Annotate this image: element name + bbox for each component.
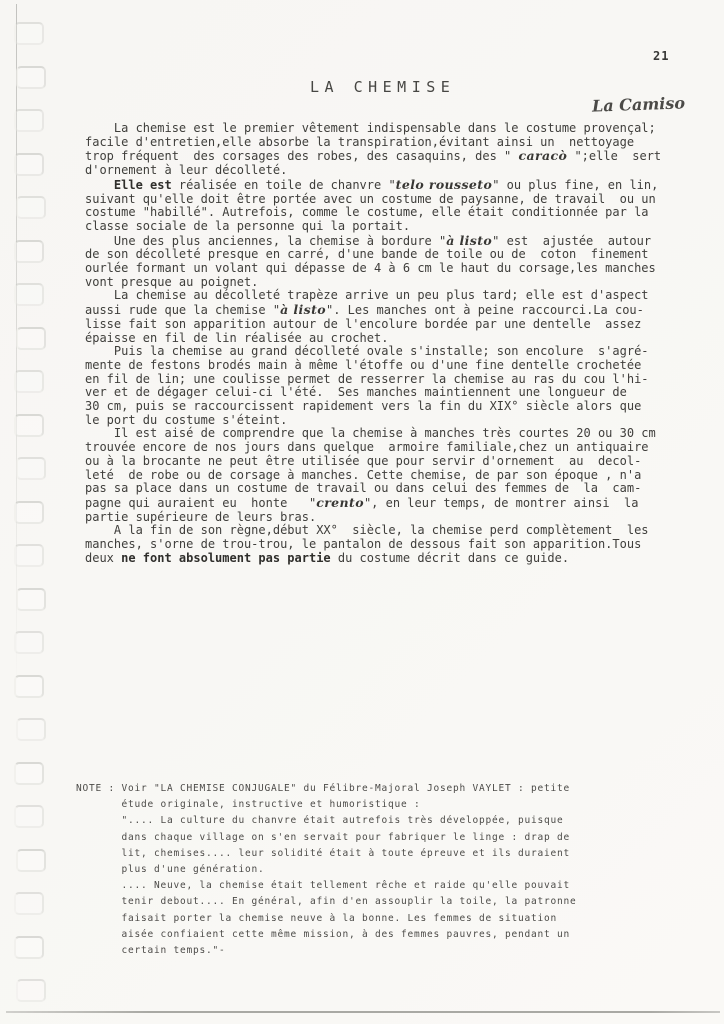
binding-hole <box>16 588 46 611</box>
text-line: ou à la brocante ne peut être utilisée q… <box>85 455 675 469</box>
text-line: suivant qu'elle doit être portée avec un… <box>85 193 675 207</box>
paragraph: La chemise est le premier vêtement indis… <box>85 122 675 178</box>
text-line: de son décolleté presque en carré, d'une… <box>85 248 675 262</box>
text-line: le port du costume s'éteint. <box>85 414 675 428</box>
text-line: trouvée encore de nos jours dans quelque… <box>85 441 675 455</box>
text-line: épaisse en fil de lin réalisée au croche… <box>85 332 675 346</box>
handwritten-subtitle: La Camiso <box>592 93 686 115</box>
paragraph: La chemise au décolleté trapèze arrive u… <box>85 289 675 345</box>
binding-hole <box>14 501 44 524</box>
text-line: aussi rude que la chemise "à listo". Les… <box>85 303 675 318</box>
paragraph: Elle est réalisée en toile de chanvre "t… <box>85 178 675 234</box>
text-line: ".... La culture du chanvre était autref… <box>76 813 676 829</box>
binding-hole <box>14 414 44 437</box>
binding-hole <box>14 805 44 828</box>
binding-hole <box>14 631 44 654</box>
paragraph: Une des plus anciennes, la chemise à bor… <box>85 234 675 290</box>
binding-hole <box>14 109 44 132</box>
text-line: NOTE : Voir "LA CHEMISE CONJUGALE" du Fé… <box>76 781 676 797</box>
binding-hole <box>14 675 44 698</box>
scanned-page: 21 LA CHEMISE La Camiso La chemise est l… <box>0 0 724 1024</box>
text-line: lisse fait son apparition autour de l'en… <box>85 318 675 332</box>
binding-hole <box>14 22 44 45</box>
text-line: étude originale, instructive et humorist… <box>76 797 676 813</box>
text-line: trop fréquent des corsages des robes, de… <box>85 149 675 164</box>
body-text: La chemise est le premier vêtement indis… <box>85 122 675 566</box>
binding-hole <box>16 327 46 350</box>
text-line: costume "habillé". Autrefois, comme le c… <box>85 206 675 220</box>
text-line: deux ne font absolument pas partie du co… <box>85 552 675 566</box>
text-line: .... Neuve, la chemise était tellement r… <box>76 878 676 894</box>
text-line: 30 cm, puis se raccourcissent rapidement… <box>85 400 675 414</box>
text-line: A la fin de son règne,début XX° siècle, … <box>85 524 675 538</box>
text-line: vont presque au poignet. <box>85 276 675 290</box>
text-line: certain temps."- <box>76 943 676 959</box>
text-line: Elle est réalisée en toile de chanvre "t… <box>85 178 675 193</box>
text-line: manches, s'orne de trou-trou, le pantalo… <box>85 538 675 552</box>
text-line: pas sa place dans un costume de travail … <box>85 482 675 496</box>
binding-hole <box>14 892 44 915</box>
text-line: La chemise est le premier vêtement indis… <box>85 122 675 136</box>
text-line: Il est aisé de comprendre que la chemise… <box>85 427 675 441</box>
binding-hole <box>14 283 44 306</box>
page-number: 21 <box>653 49 669 63</box>
paragraph: Il est aisé de comprendre que la chemise… <box>85 427 675 524</box>
binding-hole <box>14 240 44 263</box>
text-line: mente de festons brodés main à même l'ét… <box>85 359 675 373</box>
text-line: La chemise au décolleté trapèze arrive u… <box>85 289 675 303</box>
binding-hole <box>14 544 44 567</box>
binding-hole <box>14 762 44 785</box>
text-line: lit, chemises.... leur solidité était à … <box>76 846 676 862</box>
text-line: partie supérieure de leurs bras. <box>85 511 675 525</box>
binding-hole <box>14 153 44 176</box>
text-line: Puis la chemise au grand décolleté ovale… <box>85 345 675 359</box>
text-line: faisait porter la chemise neuve à la bon… <box>76 911 676 927</box>
text-line: en fil de lin; une coulisse permet de re… <box>85 373 675 387</box>
footnote-block: NOTE : Voir "LA CHEMISE CONJUGALE" du Fé… <box>76 781 676 959</box>
page-bottom-edge <box>6 1011 720 1013</box>
page-title: LA CHEMISE <box>310 78 455 96</box>
binding-hole <box>16 718 46 741</box>
text-line: leté de robe ou de corsage à manches. Ce… <box>85 469 675 483</box>
binding-hole <box>16 196 46 219</box>
binding-hole <box>16 457 46 480</box>
binding-hole <box>14 936 44 959</box>
text-line: d'ornement à leur décolleté. <box>85 164 675 178</box>
paragraph: A la fin de son règne,début XX° siècle, … <box>85 524 675 565</box>
text-line: tenir debout.... En général, afin d'en a… <box>76 894 676 910</box>
text-line: ver et de dégager celui-ci l'été. Ses ma… <box>85 386 675 400</box>
binding-hole <box>16 849 46 872</box>
text-line: facile d'entretien,elle absorbe la trans… <box>85 136 675 150</box>
binding-hole <box>14 370 44 393</box>
binding-holes <box>14 22 54 1012</box>
text-line: ourlée formant un volant qui dépasse de … <box>85 262 675 276</box>
text-line: pagne qui auraient eu honte "crento", en… <box>85 496 675 511</box>
text-line: classe sociale de la personne qui la por… <box>85 220 675 234</box>
text-line: plus d'une génération. <box>76 862 676 878</box>
paragraph: Puis la chemise au grand décolleté ovale… <box>85 345 675 427</box>
text-line: Une des plus anciennes, la chemise à bor… <box>85 234 675 249</box>
text-line: aisée confiaient cette même mission, à d… <box>76 927 676 943</box>
binding-hole <box>16 66 46 89</box>
text-line: dans chaque village on s'en servait pour… <box>76 830 676 846</box>
binding-hole <box>16 979 46 1002</box>
